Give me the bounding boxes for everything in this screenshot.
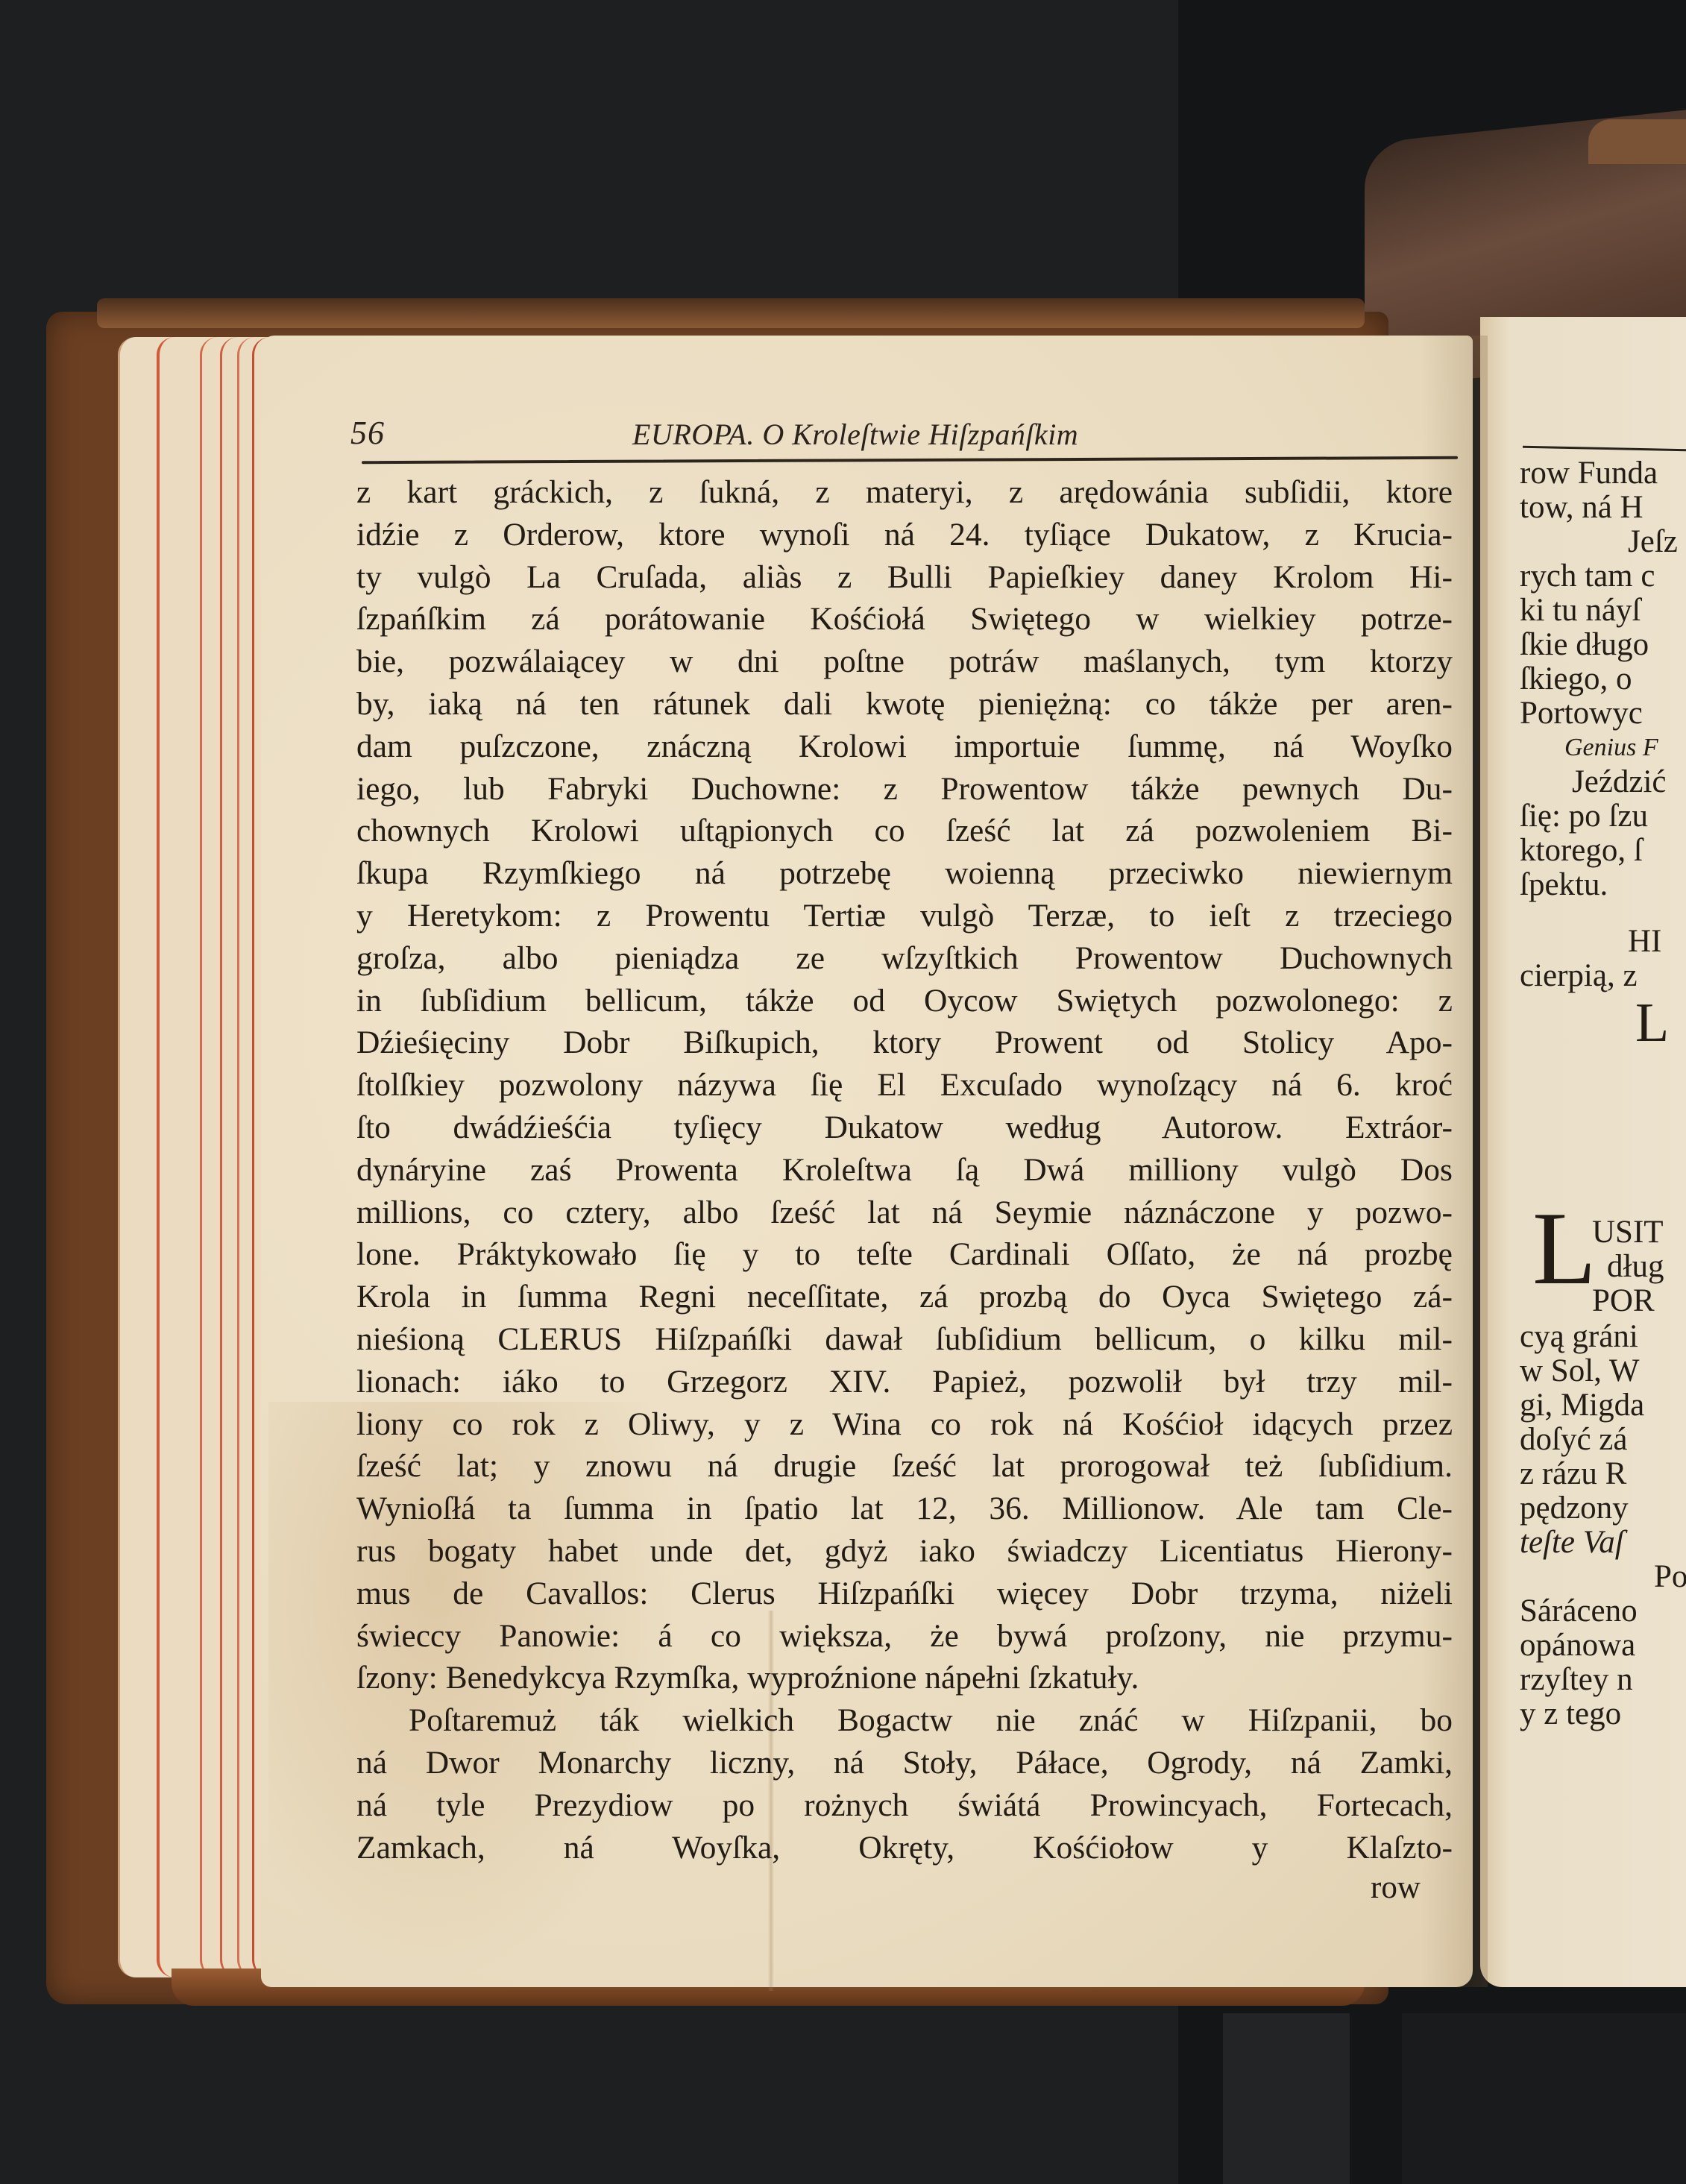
right-line: rych tam c (1520, 559, 1686, 594)
right-cover-corner (1588, 119, 1686, 164)
catchword: row (1371, 1869, 1421, 1906)
background-block (1223, 2013, 1350, 2184)
text-line: ſześć lat; y znowu ná drugie ſześć lat p… (356, 1445, 1453, 1488)
right-line: ſpektu. (1520, 868, 1686, 902)
text-line: rus bogaty habet unde det, gdyż iako świ… (356, 1530, 1453, 1573)
text-line: ſtolſkiey pozwolony názywa ſię El Excuſa… (356, 1064, 1453, 1107)
paragraph-start-line: Poſtaremuż ták wielkich Bogactw nie znáć… (356, 1699, 1453, 1742)
right-line: ſkiego, o (1520, 662, 1686, 696)
drop-cap-lines: USIT dług POR (1592, 1215, 1686, 1318)
text-line: nieśioną CLERUS Hiſzpańſki dawał ſubſidi… (356, 1318, 1453, 1361)
text-line: ſzpańſkim zá porátowanie Kośćiołá Swięte… (356, 598, 1453, 641)
text-line: ſto dwádźieśćia tyſięcy Dukatow według A… (356, 1107, 1453, 1149)
text-line: ty vulgò La Cruſada, aliàs z Bulli Papie… (356, 556, 1453, 599)
page-number: 56 (350, 414, 385, 452)
text-line: z kart gráckich, z ſukná, z materyi, z a… (356, 471, 1453, 514)
right-line: opánowa (1520, 1628, 1686, 1663)
text-line: Wynioſłá ta ſumma in ſpatio lat 12, 36. … (356, 1488, 1453, 1530)
text-line: millions, co cztery, albo ſześć lat ná S… (356, 1192, 1453, 1234)
text-line: dam puſzczone, znáczną Krolowi importuie… (356, 726, 1453, 768)
text-line: dynáryine zaś Prowenta Kroleſtwa ſą Dwá … (356, 1149, 1453, 1192)
right-line: Jeſz (1520, 525, 1686, 559)
running-head-title: EUROPA. O Kroleſtwie Hiſzpańſkim (632, 417, 1078, 452)
right-line: cyą gráni (1520, 1320, 1686, 1354)
text-line: ſkupa Rzymſkiego ná potrzebę woienną prz… (356, 852, 1453, 895)
text-line: Dźieśięciny Dobr Biſkupich, ktory Prowen… (356, 1022, 1453, 1064)
running-head: 56 EUROPA. O Kroleſtwie Hiſzpańſkim (350, 414, 1514, 459)
right-line: POR (1592, 1284, 1686, 1318)
right-line: Sáráceno (1520, 1594, 1686, 1628)
right-line: w Sol, W (1520, 1354, 1686, 1388)
text-line: ná tyle Prezydiow po rożnych świátá Prow… (356, 1784, 1453, 1827)
right-line: Genius F (1520, 731, 1686, 765)
text-line: Zamkach, ná Woyſka, Okręty, Kośćiołow y … (356, 1827, 1453, 1869)
text-line: idźie z Orderow, ktore wynoſi ná 24. tyſ… (356, 514, 1453, 556)
drop-cap: L (1532, 1204, 1597, 1294)
cover-top-edge (97, 298, 1365, 328)
right-line: pędzony (1520, 1491, 1686, 1526)
text-line: groſza, albo pieniądza ze wſzyſtkich Pro… (356, 937, 1453, 980)
right-spacer (1520, 902, 1686, 925)
right-line: rzyſtey n (1520, 1663, 1686, 1697)
right-line: dług (1592, 1250, 1686, 1284)
text-line: in ſubſidium bellicum, tákże od Oycow Sw… (356, 980, 1453, 1022)
body-text: z kart gráckich, z ſukná, z materyi, z a… (356, 471, 1453, 1869)
right-line: Po (1520, 1560, 1686, 1594)
text-line: świeccy Panowie: á co większa, że bywá p… (356, 1615, 1453, 1658)
text-line: ſzony: Benedykcya Rzymſka, wyproźnione n… (356, 1657, 1453, 1699)
text-line: ná Dwor Monarchy liczny, ná Stoły, Páłac… (356, 1742, 1453, 1784)
right-line: cierpią, z (1520, 959, 1686, 993)
right-line: doſyć zá (1520, 1423, 1686, 1457)
right-line: gi, Migda (1520, 1388, 1686, 1423)
text-line: lionach: iáko to Grzegorz XIV. Papież, p… (356, 1361, 1453, 1403)
text-line: bie, pozwálaiącey w dni poſtne potráw ma… (356, 641, 1453, 683)
right-line: Portowyc (1520, 696, 1686, 731)
right-line: z rázu R (1520, 1457, 1686, 1491)
text-line: iego, lub Fabryki Duchowne: z Prowentow … (356, 768, 1453, 811)
text-line: liony co rok z Oliwy, y z Wina co rok ná… (356, 1403, 1453, 1446)
right-line: ſię: po ſzu (1520, 799, 1686, 834)
right-line: USIT (1592, 1215, 1686, 1250)
right-line: ktorego, ſ (1520, 834, 1686, 868)
right-line: row Funda (1520, 456, 1686, 491)
text-line: by, iaką ná ten rátunek dali kwotę pieni… (356, 683, 1453, 726)
section-heading-letter: L (1520, 993, 1686, 1053)
text-line: lone. Práktykowało ſię y to teſte Cardin… (356, 1233, 1453, 1276)
right-line: teſte Vaſ (1520, 1526, 1686, 1560)
right-page-text: row Funda tow, ná H Jeſz rych tam c ki t… (1520, 456, 1686, 1053)
right-line: ki tu náyſ (1520, 594, 1686, 628)
right-line: Jeździć (1520, 765, 1686, 799)
right-page-text-lower: cyą gráni w Sol, W gi, Migda doſyć zá z … (1520, 1320, 1686, 1731)
text-line: chownych Krolowi uſtąpionych co ſześć la… (356, 810, 1453, 852)
text-line: Krola in ſumma Regni neceſſitate, zá pro… (356, 1276, 1453, 1318)
background-block (1402, 2013, 1686, 2184)
right-line: ſkie długo (1520, 628, 1686, 662)
right-line: y z tego (1520, 1697, 1686, 1731)
text-line: y Heretykom: z Prowentu Tertiæ vulgò Ter… (356, 895, 1453, 937)
text-line: mus de Cavallos: Clerus Hiſzpańſki więce… (356, 1573, 1453, 1615)
right-line: tow, ná H (1520, 491, 1686, 525)
right-line: HI (1520, 925, 1686, 959)
